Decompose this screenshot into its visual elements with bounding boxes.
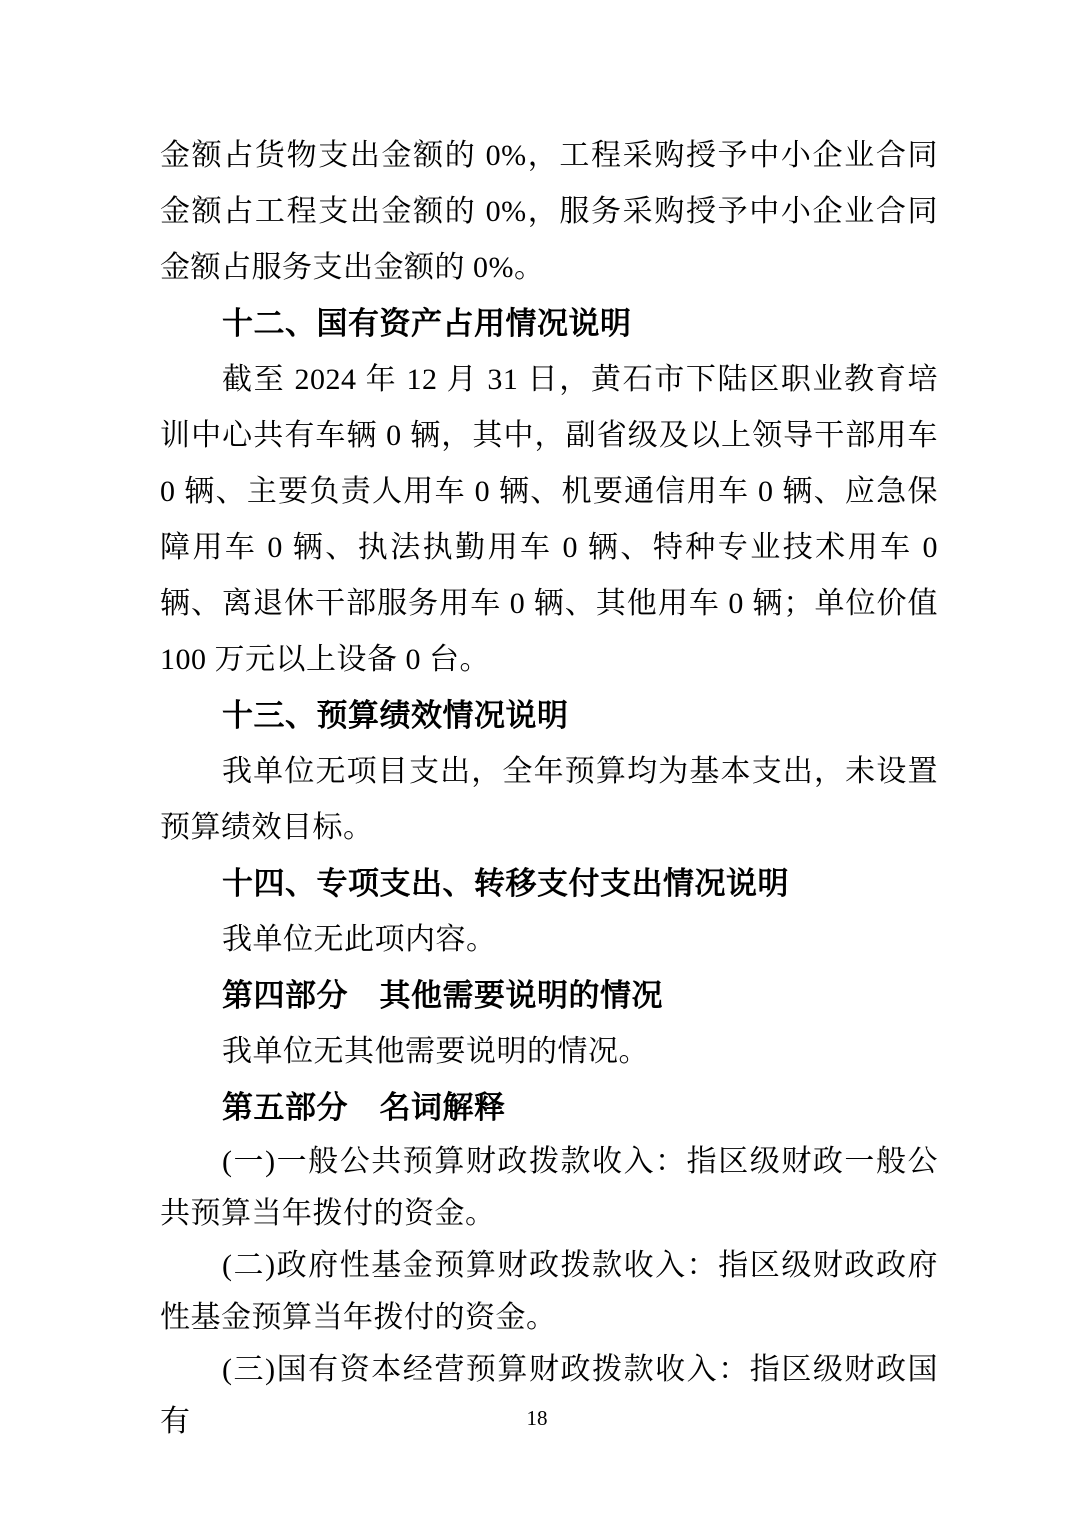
part-four-heading: 第四部分 其他需要说明的情况 [160, 968, 938, 1024]
section-heading-14: 十四、专项支出、转移支付支出情况说明 [160, 856, 938, 912]
paragraph-continuation: 金额占货物支出金额的 0%，工程采购授予中小企业合同金额占工程支出金额的 0%，… [160, 128, 938, 296]
section-heading-13: 十三、预算绩效情况说明 [160, 688, 938, 744]
page-number: 18 [0, 1403, 1074, 1433]
document-body: 金额占货物支出金额的 0%，工程采购授予中小企业合同金额占工程支出金额的 0%，… [160, 128, 938, 1448]
part-five-heading: 第五部分 名词解释 [160, 1080, 938, 1136]
paragraph-performance: 我单位无项目支出，全年预算均为基本支出，未设置预算绩效目标。 [160, 744, 938, 856]
glossary-item-1: (一)一般公共预算财政拨款收入：指区级财政一般公共预算当年拨付的资金。 [160, 1136, 938, 1240]
paragraph-no-content: 我单位无此项内容。 [160, 912, 938, 968]
document-page: 金额占货物支出金额的 0%，工程采购授予中小企业合同金额占工程支出金额的 0%，… [0, 0, 1074, 1520]
glossary-item-2: (二)政府性基金预算财政拨款收入：指区级财政政府性基金预算当年拨付的资金。 [160, 1240, 938, 1344]
paragraph-no-other: 我单位无其他需要说明的情况。 [160, 1024, 938, 1080]
section-heading-12: 十二、国有资产占用情况说明 [160, 296, 938, 352]
paragraph-assets: 截至 2024 年 12 月 31 日，黄石市下陆区职业教育培训中心共有车辆 0… [160, 352, 938, 688]
